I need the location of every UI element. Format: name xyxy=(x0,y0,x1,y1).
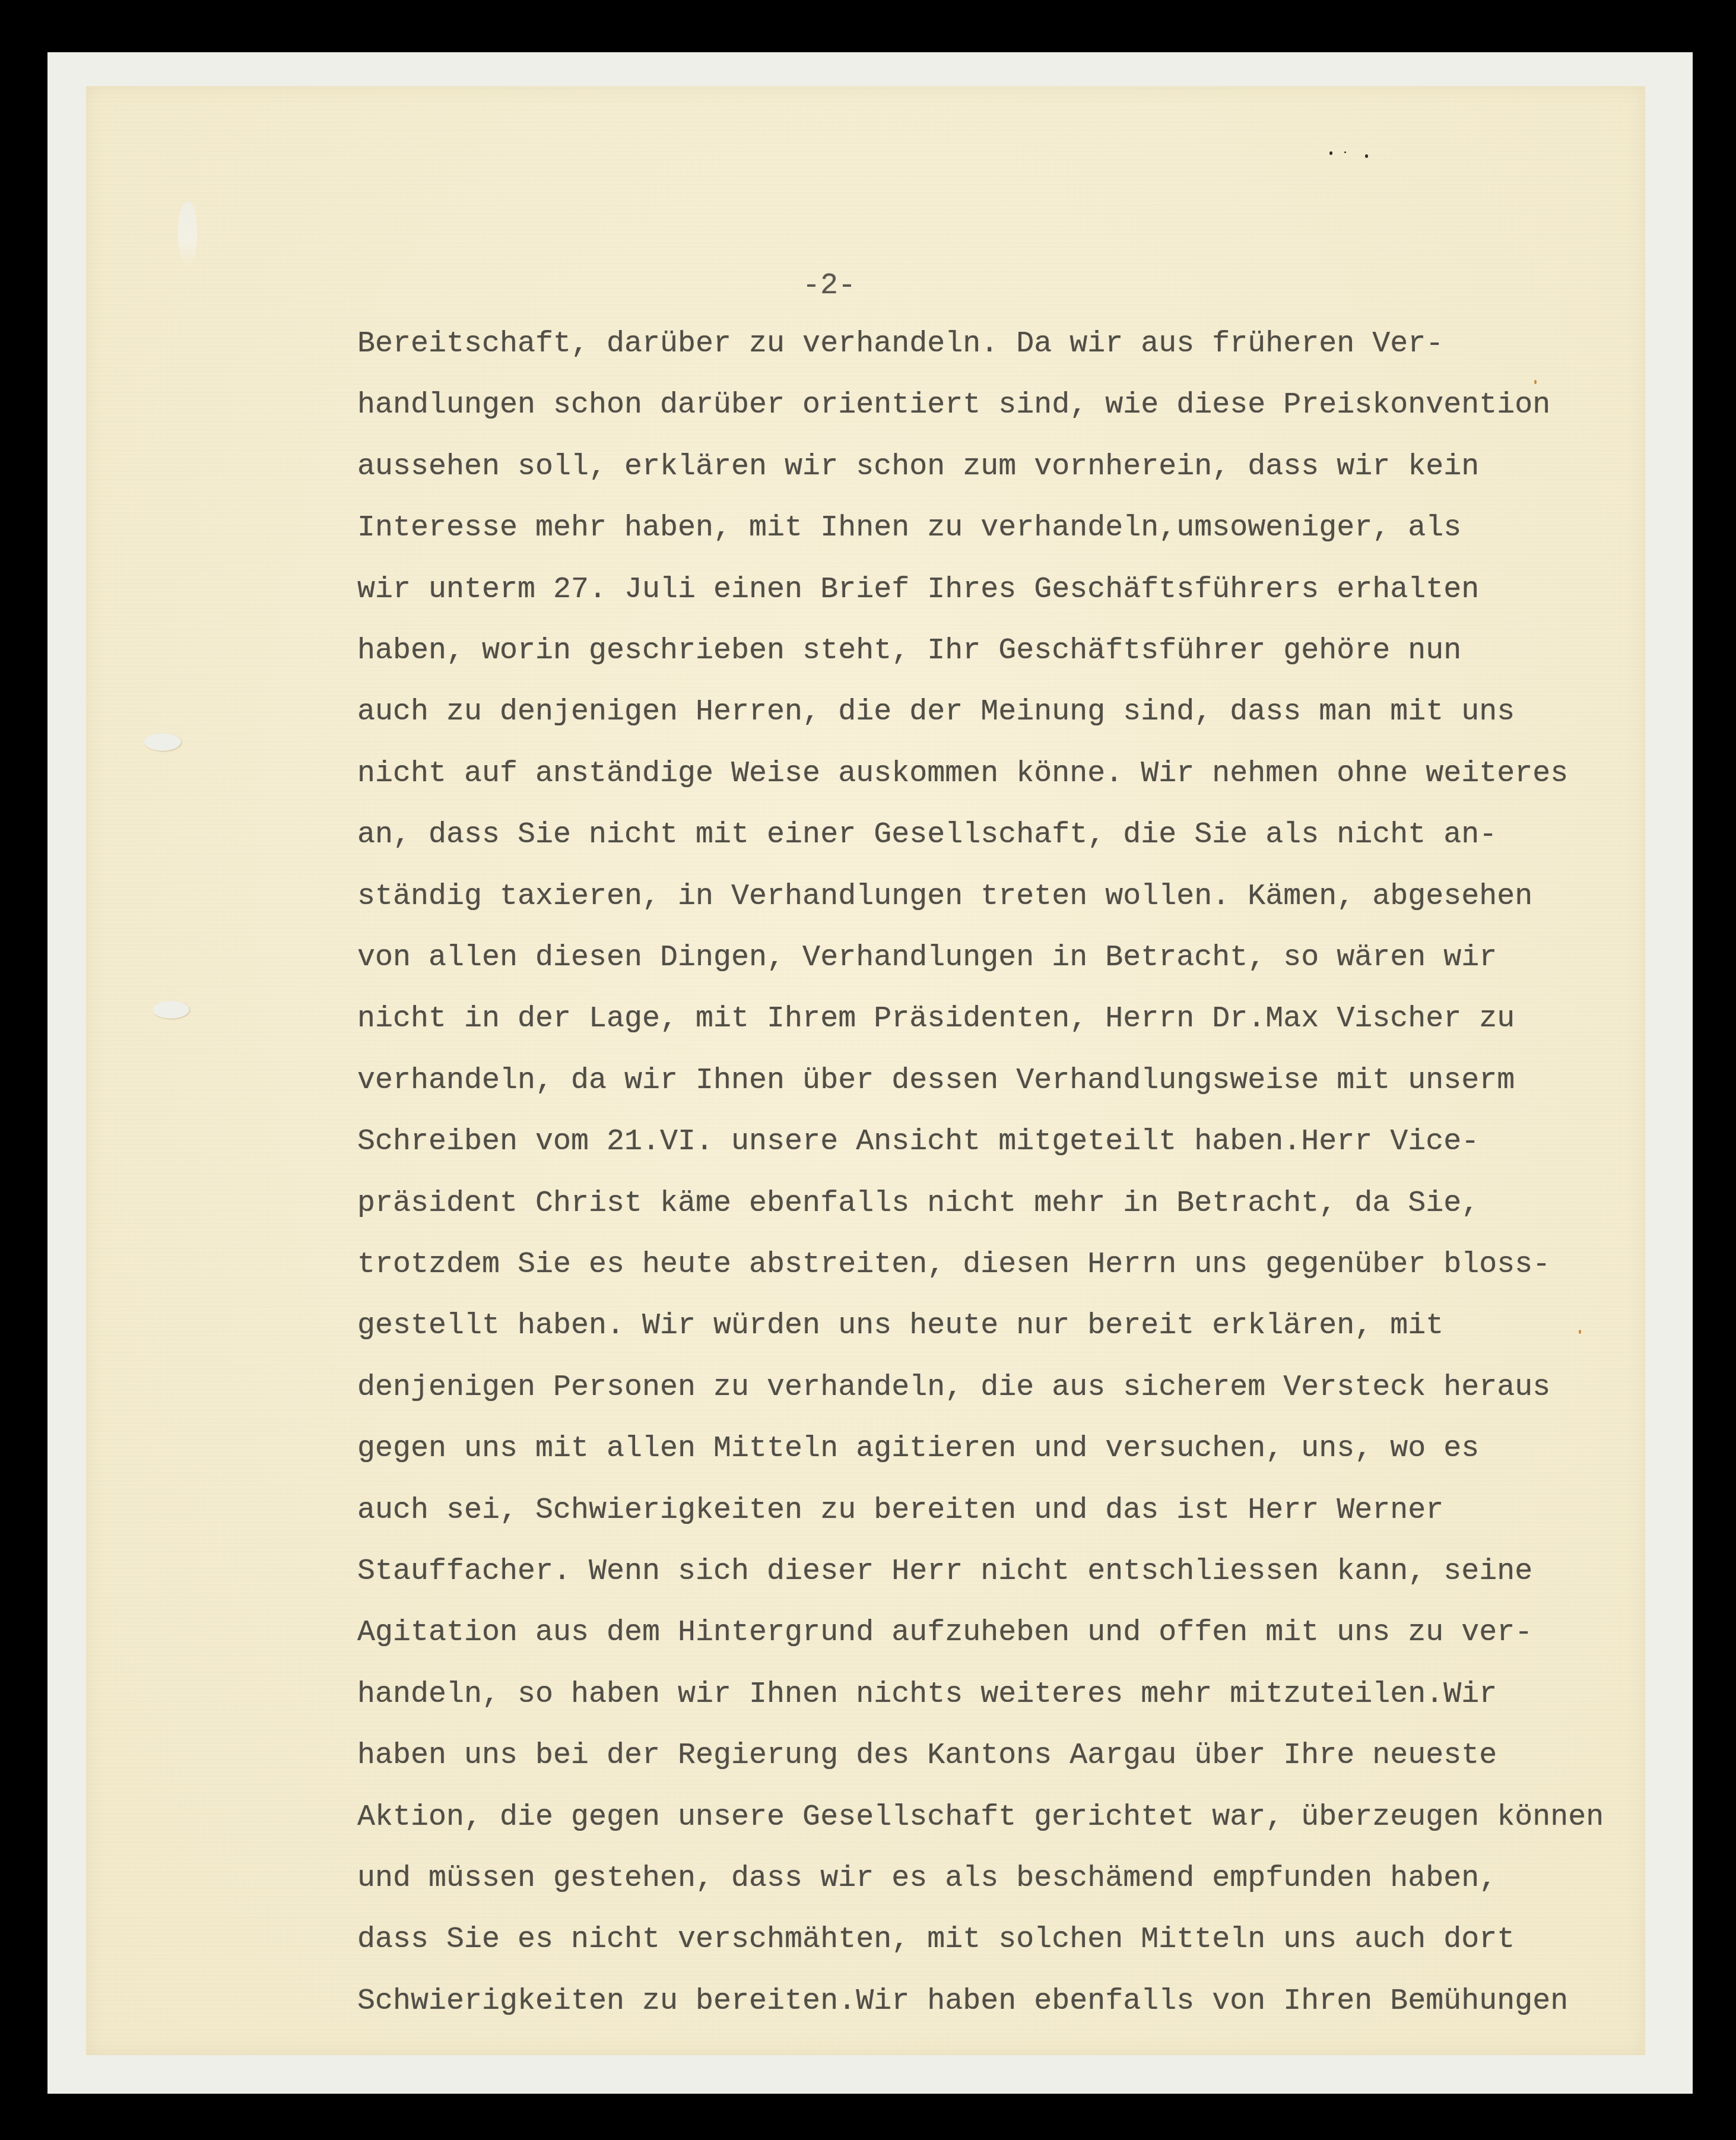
paper-tear-mark xyxy=(178,202,197,267)
page-number: -2- xyxy=(802,268,856,304)
text-line: Schreiben vom 21.VI. unsere Ansicht mitg… xyxy=(357,1124,1479,1160)
text-line: Aktion, die gegen unsere Gesellschaft ge… xyxy=(357,1800,1604,1835)
text-line: Interesse mehr haben, mit Ihnen zu verha… xyxy=(357,511,1461,546)
text-line: präsident Christ käme ebenfalls nicht me… xyxy=(357,1186,1479,1222)
text-line: haben uns bei der Regierung des Kantons … xyxy=(357,1738,1497,1774)
text-line: auch zu denjenigen Herren, die der Meinu… xyxy=(357,695,1515,730)
text-line: denjenigen Personen zu verhandeln, die a… xyxy=(357,1370,1550,1406)
text-line: gestellt haben. Wir würden uns heute nur… xyxy=(357,1308,1443,1344)
text-line: handlungen schon darüber orientiert sind… xyxy=(357,388,1550,423)
ink-speck xyxy=(1579,1330,1581,1334)
punch-hole-lower xyxy=(153,1001,189,1019)
text-line: wir unterm 27. Juli einen Brief Ihres Ge… xyxy=(357,572,1479,608)
text-line: verhandeln, da wir Ihnen über dessen Ver… xyxy=(357,1063,1515,1099)
text-line: von allen diesen Dingen, Verhandlungen i… xyxy=(357,940,1497,976)
text-line: auch sei, Schwierigkeiten zu bereiten un… xyxy=(357,1493,1443,1529)
text-line: Bereitschaft, darüber zu verhandeln. Da … xyxy=(357,326,1443,362)
text-line: aussehen soll, erklären wir schon zum vo… xyxy=(357,449,1479,485)
text-line: haben, worin geschrieben steht, Ihr Gesc… xyxy=(357,633,1461,669)
text-line: Agitation aus dem Hintergrund aufzuheben… xyxy=(357,1615,1532,1651)
text-line: dass Sie es nicht verschmähten, mit solc… xyxy=(357,1922,1515,1958)
text-line: nicht auf anständige Weise auskommen kön… xyxy=(357,756,1568,792)
ink-speck xyxy=(1534,380,1537,384)
ink-speck xyxy=(1365,154,1368,158)
text-line: trotzdem Sie es heute abstreiten, diesen… xyxy=(357,1247,1550,1283)
text-line: ständig taxieren, in Verhandlungen trete… xyxy=(357,879,1532,915)
ink-speck xyxy=(1329,151,1332,155)
punch-hole-upper xyxy=(144,733,181,751)
text-line: gegen uns mit allen Mitteln agitieren un… xyxy=(357,1431,1479,1467)
text-line: Schwierigkeiten zu bereiten.Wir haben eb… xyxy=(357,1984,1568,2019)
text-line: an, dass Sie nicht mit einer Gesellschaf… xyxy=(357,817,1497,853)
text-line: nicht in der Lage, mit Ihrem Präsidenten… xyxy=(357,1001,1515,1037)
ink-speck xyxy=(1344,151,1346,153)
text-line: Stauffacher. Wenn sich dieser Herr nicht… xyxy=(357,1554,1532,1590)
text-line: handeln, so haben wir Ihnen nichts weite… xyxy=(357,1677,1497,1713)
text-line: und müssen gestehen, dass wir es als bes… xyxy=(357,1861,1497,1897)
